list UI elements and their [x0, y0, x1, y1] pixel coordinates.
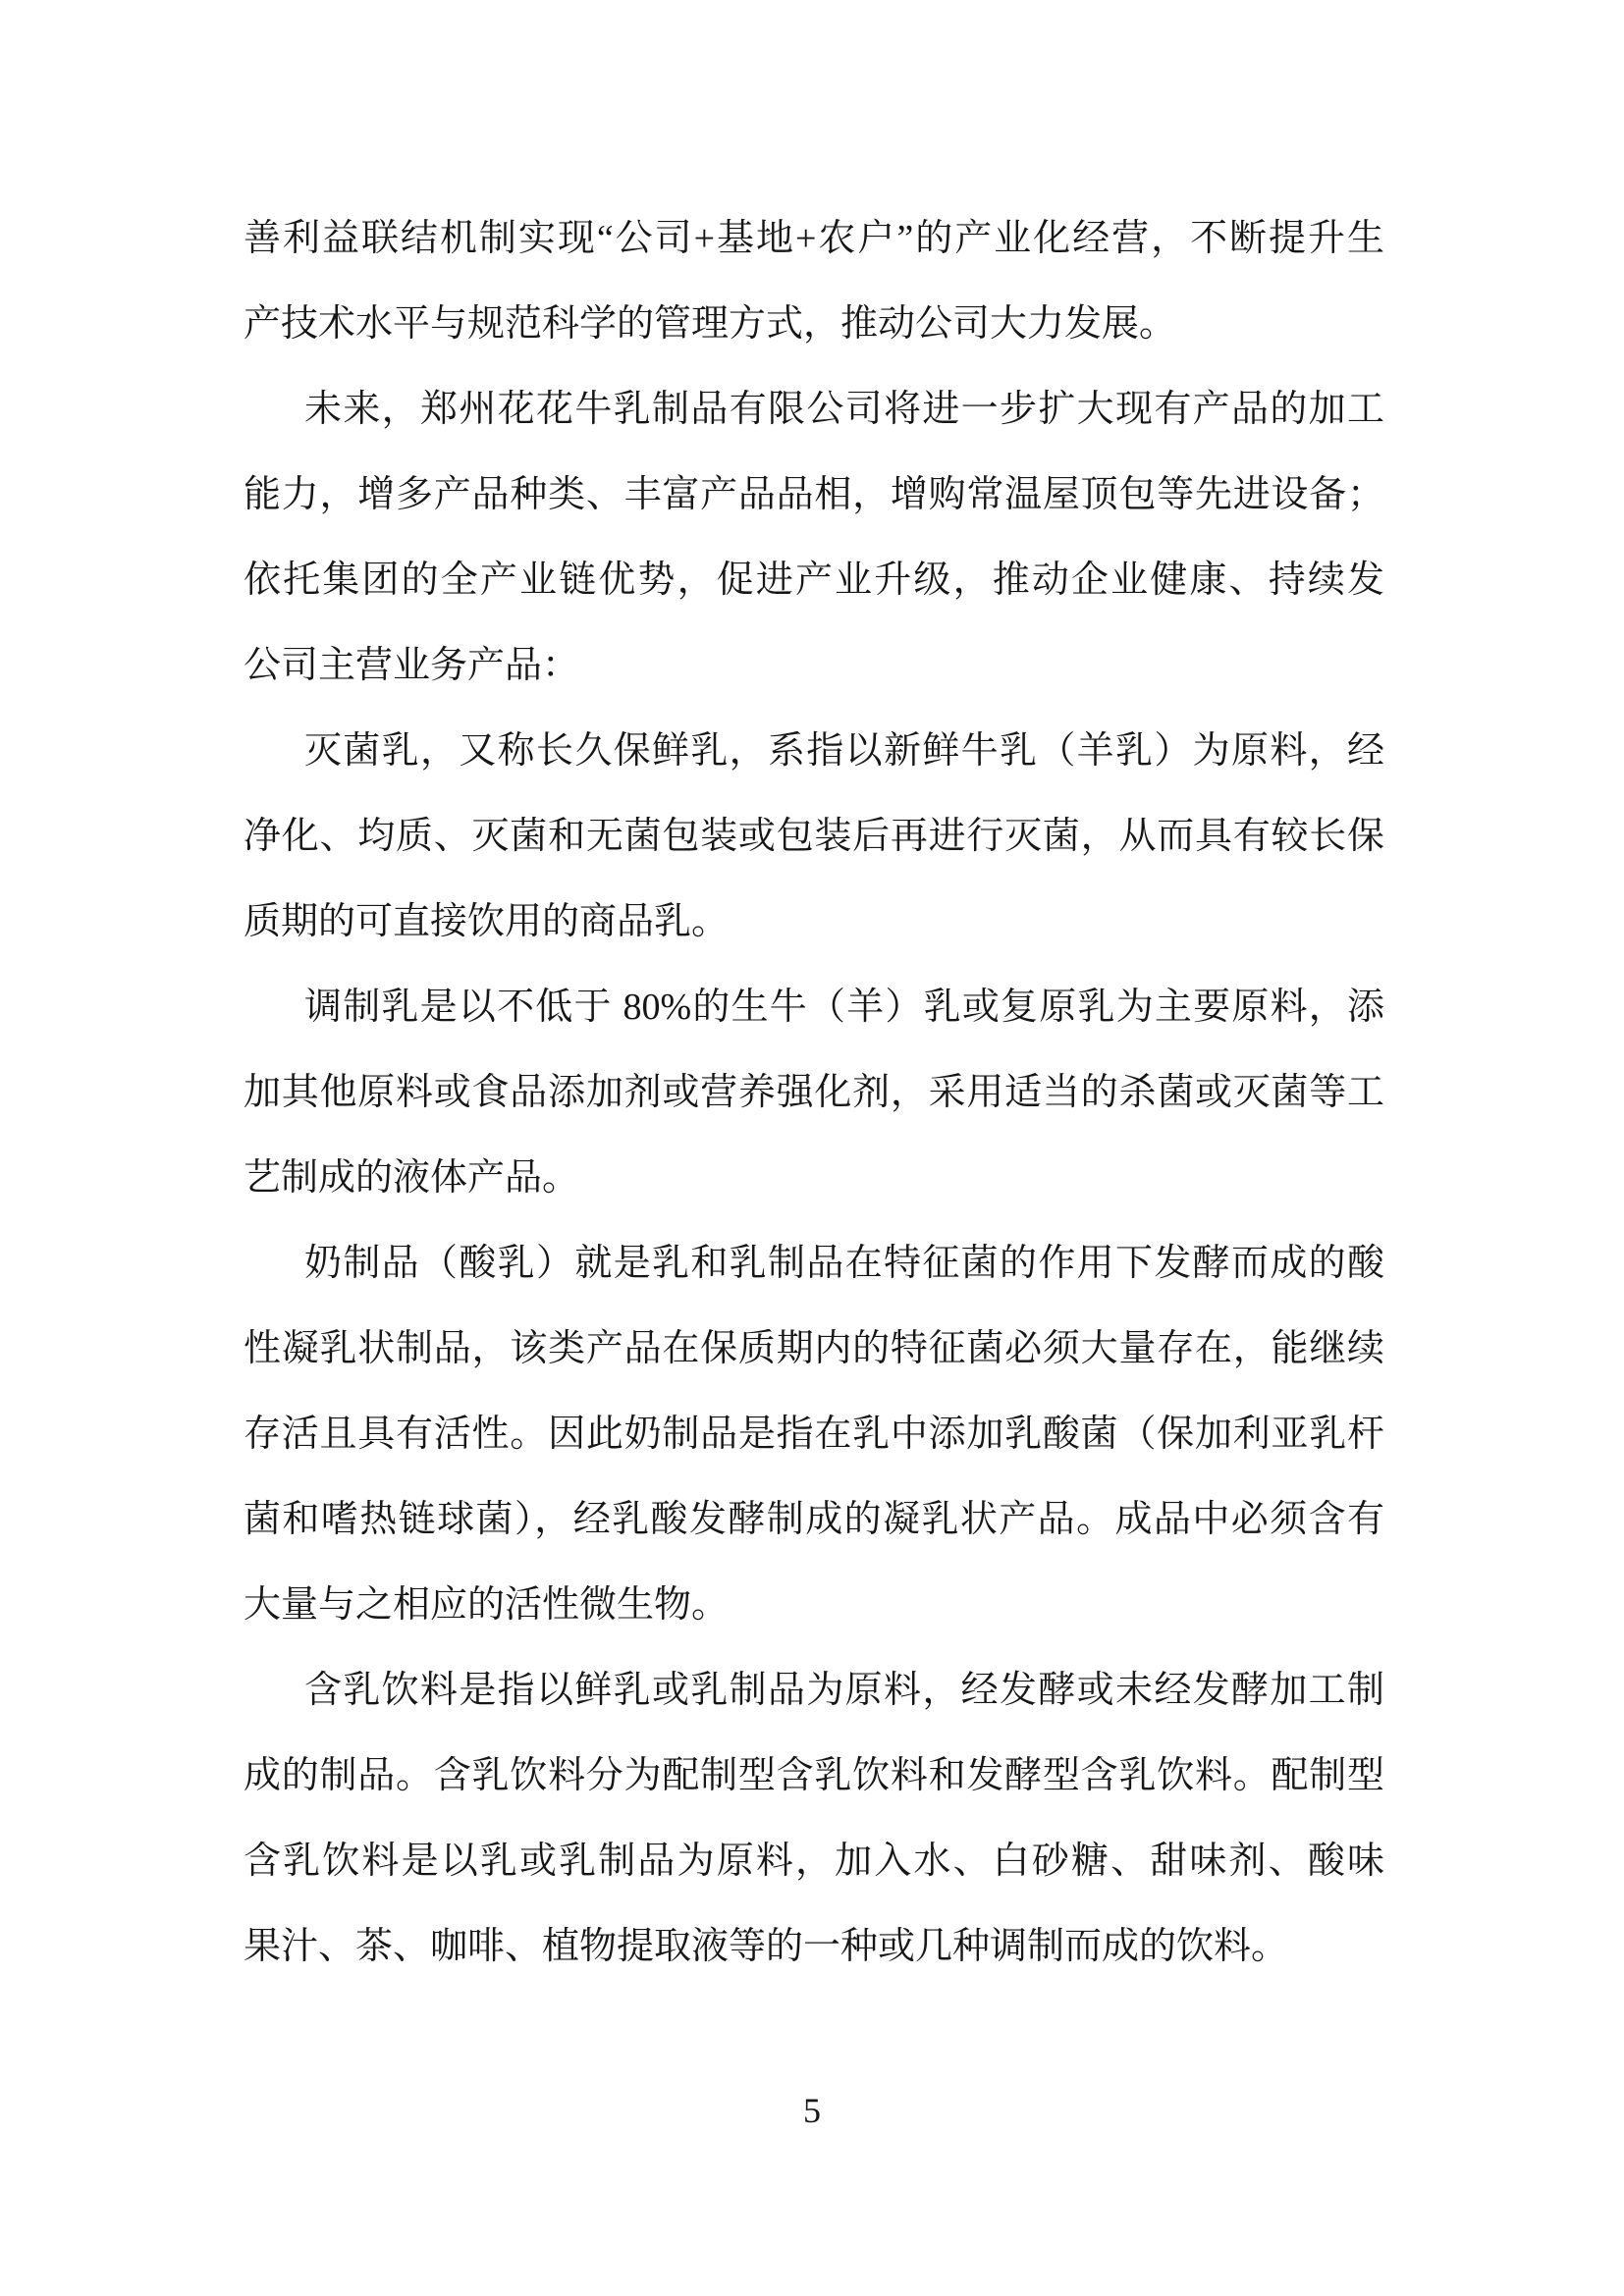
text-line: 善利益联结机制实现“公司+基地+农户”的产业化经营，不断提升生	[244, 196, 1384, 282]
text-line: 依托集团的全产业链优势，促进产业升级，推动企业健康、持续发展！	[244, 538, 1384, 623]
text-line: 未来，郑州花花牛乳制品有限公司将进一步扩大现有产品的加工	[244, 367, 1384, 453]
text-line: 菌和嗜热链球菌），经乳酸发酵制成的凝乳状产品。成品中必须含有	[244, 1477, 1384, 1563]
text-line: 净化、均质、灭菌和无菌包装或包装后再进行灭菌，从而具有较长保	[244, 794, 1384, 880]
text-line: 调制乳是以不低于 80%的生牛（羊）乳或复原乳为主要原料，添	[244, 965, 1384, 1050]
text-line: 能力，增多产品种类、丰富产品品相，增购常温屋顶包等先进设备；	[244, 453, 1384, 538]
document-body: 善利益联结机制实现“公司+基地+农户”的产业化经营，不断提升生产技术水平与规范科…	[244, 196, 1384, 1990]
text-line: 质期的可直接饮用的商品乳。	[244, 880, 1384, 965]
text-line: 公司主营业务产品：	[244, 623, 1384, 709]
paragraph: 奶制品（酸乳）就是乳和乳制品在特征菌的作用下发酵而成的酸性凝乳状制品，该类产品在…	[244, 1221, 1384, 1648]
text-line: 奶制品（酸乳）就是乳和乳制品在特征菌的作用下发酵而成的酸	[244, 1221, 1384, 1307]
document-page: 善利益联结机制实现“公司+基地+农户”的产业化经营，不断提升生产技术水平与规范科…	[0, 0, 1624, 2296]
text-line: 产技术水平与规范科学的管理方式，推动公司大力发展。	[244, 282, 1384, 367]
text-line: 灭菌乳，又称长久保鲜乳，系指以新鲜牛乳（羊乳）为原料，经	[244, 709, 1384, 794]
page-number: 5	[0, 2087, 1624, 2134]
text-line: 成的制品。含乳饮料分为配制型含乳饮料和发酵型含乳饮料。配制型	[244, 1734, 1384, 1819]
paragraph: 善利益联结机制实现“公司+基地+农户”的产业化经营，不断提升生产技术水平与规范科…	[244, 196, 1384, 367]
text-line: 存活且具有活性。因此奶制品是指在乳中添加乳酸菌（保加利亚乳杆	[244, 1392, 1384, 1477]
text-line: 加其他原料或食品添加剂或营养强化剂，采用适当的杀菌或灭菌等工	[244, 1050, 1384, 1136]
paragraph: 灭菌乳，又称长久保鲜乳，系指以新鲜牛乳（羊乳）为原料，经净化、均质、灭菌和无菌包…	[244, 709, 1384, 965]
text-line: 性凝乳状制品，该类产品在保质期内的特征菌必须大量存在，能继续	[244, 1307, 1384, 1392]
text-line: 含乳饮料是以乳或乳制品为原料，加入水、白砂糖、甜味剂、酸味剂、	[244, 1819, 1384, 1904]
text-line: 含乳饮料是指以鲜乳或乳制品为原料，经发酵或未经发酵加工制	[244, 1648, 1384, 1734]
text-line: 大量与之相应的活性微生物。	[244, 1563, 1384, 1648]
paragraph: 调制乳是以不低于 80%的生牛（羊）乳或复原乳为主要原料，添加其他原料或食品添加…	[244, 965, 1384, 1221]
paragraph: 含乳饮料是指以鲜乳或乳制品为原料，经发酵或未经发酵加工制成的制品。含乳饮料分为配…	[244, 1648, 1384, 1990]
paragraph: 未来，郑州花花牛乳制品有限公司将进一步扩大现有产品的加工能力，增多产品种类、丰富…	[244, 367, 1384, 709]
text-line: 果汁、茶、咖啡、植物提取液等的一种或几种调制而成的饮料。	[244, 1904, 1384, 1990]
text-line: 艺制成的液体产品。	[244, 1136, 1384, 1221]
